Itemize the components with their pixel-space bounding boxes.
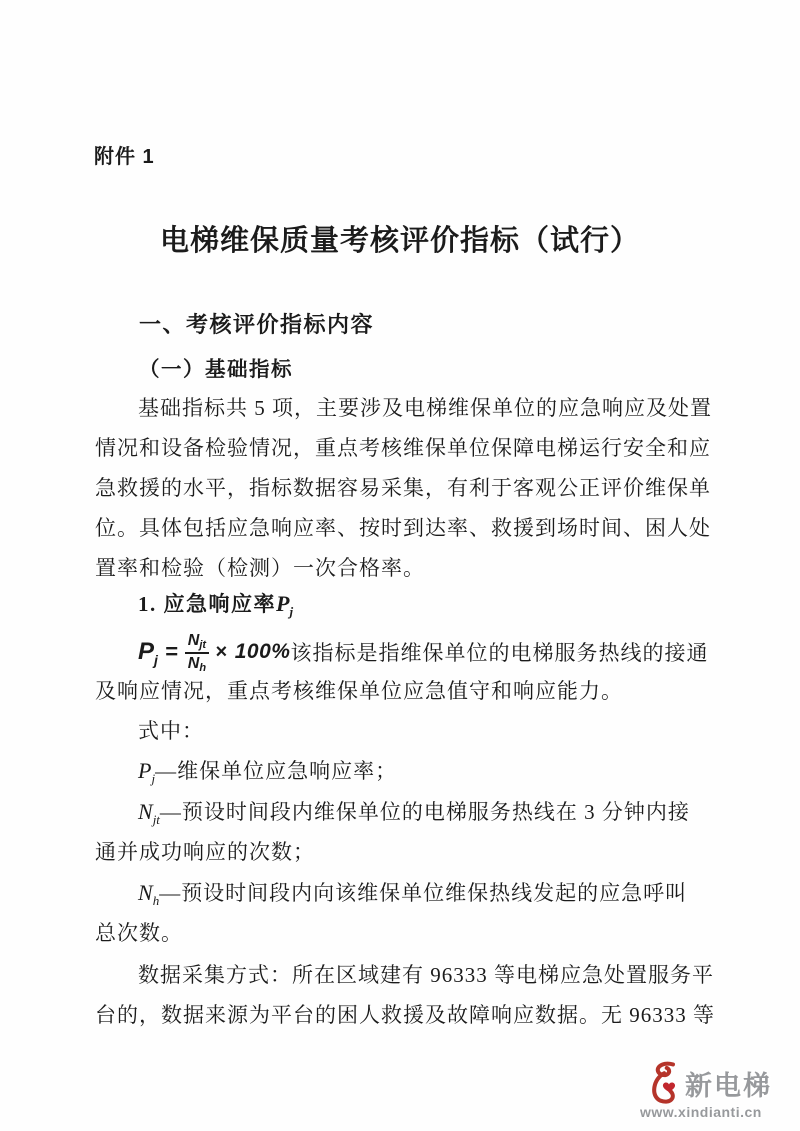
formula-fraction: Njt Nh — [185, 631, 209, 674]
formula-percentage: 100% — [235, 640, 291, 664]
definition-nh-variable: Nh — [138, 880, 159, 905]
definition-pj-variable: Pj — [138, 758, 155, 783]
paragraph-basic-line: 置率和检验（检测）一次合格率。 — [95, 548, 715, 588]
heart-icon — [663, 1083, 675, 1093]
paragraph-basic-line: 基础指标共 5 项，主要涉及电梯维保单位的应急响应及处置 — [95, 388, 715, 428]
where-label: 式中： — [95, 711, 715, 751]
paragraph-basic-line: 急救援的水平，指标数据容易采集，有利于客观公正评价维保单 — [95, 468, 715, 508]
definition-nh-continuation: 总次数。 — [95, 913, 715, 953]
formula-numerator: Njt — [185, 631, 209, 654]
subsection-heading: （一）基础指标 — [139, 352, 293, 382]
document-page: 附件 1 电梯维保质量考核评价指标（试行） 一、考核评价指标内容 （一）基础指标… — [0, 0, 800, 1131]
formula-description-line: 及响应情况，重点考核维保单位应急值守和响应能力。 — [95, 671, 715, 711]
formula-equals: = — [158, 639, 185, 665]
definition-pj: Pj—维保单位应急响应率； — [95, 751, 715, 791]
attachment-label: 附件 1 — [94, 140, 155, 169]
definition-nh-text: —预设时间段内向该维保单位维保热线发起的应急呼叫 — [159, 881, 687, 905]
definition-njt-continuation: 通并成功响应的次数； — [95, 832, 715, 872]
document-title: 电梯维保质量考核评价指标（试行） — [0, 218, 800, 259]
definition-njt-variable: Njt — [138, 799, 160, 824]
item1-heading: 1. 应急响应率Pj — [95, 584, 715, 624]
watermark-brand-text: 新电梯 — [685, 1064, 772, 1103]
definition-njt: Njt—预设时间段内维保单位的电梯服务热线在 3 分钟内接 — [95, 792, 715, 832]
paragraph-basic-line: 情况和设备检验情况，重点考核维保单位保障电梯运行安全和应 — [95, 428, 715, 468]
item1-label: 1. 应急响应率 — [138, 592, 276, 616]
section-heading: 一、考核评价指标内容 — [139, 308, 374, 339]
paragraph-data-line: 数据采集方式：所在区域建有 96333 等电梯应急处置服务平 — [95, 955, 715, 995]
paragraph-basic-line: 位。具体包括应急响应率、按时到达率、救援到场时间、困人处 — [95, 508, 715, 548]
watermark-url: www.xindianti.cn — [640, 1104, 792, 1120]
definition-nh: Nh—预设时间段内向该维保单位维保热线发起的应急呼叫 — [95, 873, 715, 913]
formula-trailing-text: 该指标是指维保单位的电梯服务热线的接通 — [290, 637, 708, 667]
item1-variable: Pj — [276, 591, 293, 616]
definition-njt-text: —预设时间段内维保单位的电梯服务热线在 3 分钟内接 — [160, 800, 690, 824]
formula-times-sign: × — [209, 641, 235, 664]
watermark-brand-row: 新电梯 — [648, 1060, 772, 1106]
xindianti-logo-icon — [648, 1060, 682, 1106]
xindianti-watermark: 新电梯 www.xindianti.cn — [640, 1060, 792, 1120]
definition-pj-text: —维保单位应急响应率； — [155, 759, 397, 783]
paragraph-data-line: 台的，数据来源为平台的困人救援及故障响应数据。无 96333 等 — [95, 995, 715, 1035]
formula-lhs: Pj — [138, 638, 158, 666]
